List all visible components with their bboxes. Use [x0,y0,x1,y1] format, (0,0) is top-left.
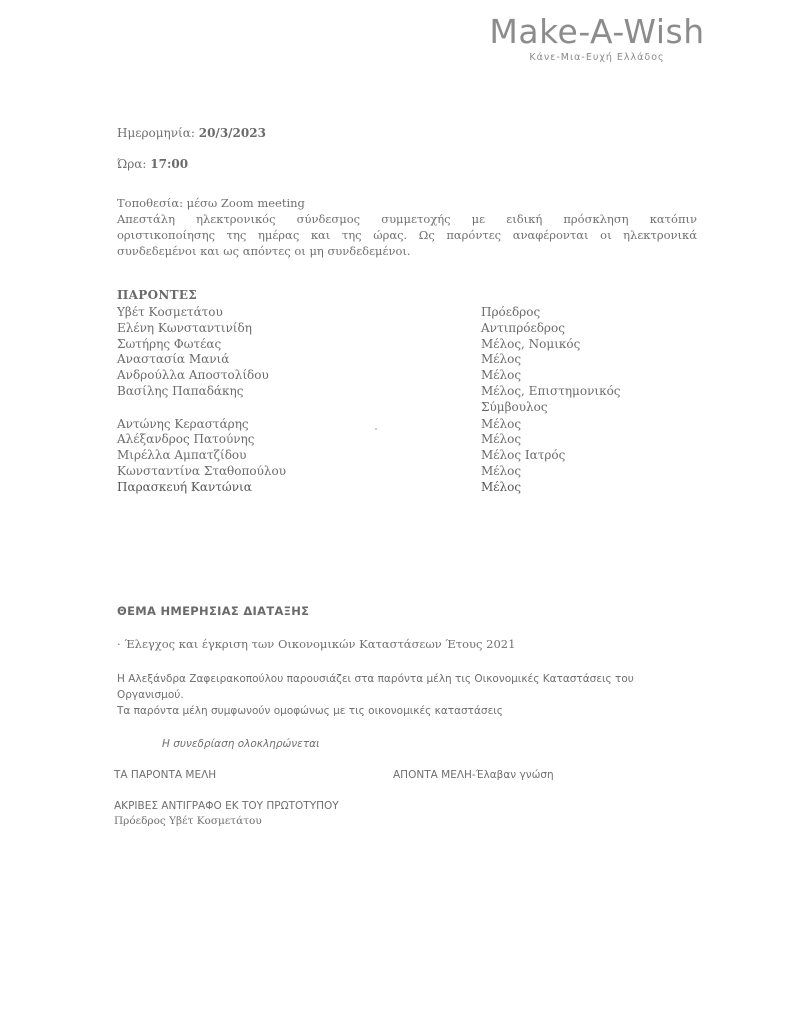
attendee-name: Ελένη Κωνσταντινίδη [117,320,252,336]
attendee-role: Μέλος [481,367,521,383]
description-line-3: συνδεδεμένοι και ως απόντες οι μη συνδεδ… [117,243,697,259]
signatory: Πρόεδρος Υβέτ Κοσμετάτου [114,813,262,829]
attendee-name: Αντώνης Κεραστάρης [117,416,249,432]
attendee-name: Παρασκευή Καντώνια [117,479,252,495]
agenda-item: · Έλεγχος και έγκριση των Οικονομικών Κα… [117,636,515,652]
attendee-role: Μέλος [481,431,521,447]
description-line-2: οριστικοποίησης της ημέρας και της ώρας.… [117,227,697,243]
attendee-role: Μέλος Ιατρός [481,447,565,463]
present-members-signature: ΤΑ ΠΑΡΟΝΤΑ ΜΕΛΗ [114,767,216,783]
date-value: 20/3/2023 [199,126,266,140]
description-line-1: Απεστάλη ηλεκτρονικός σύνδεσμος συμμετοχ… [117,211,697,227]
time-value: 17:00 [150,157,188,171]
attendee-role: Μέλος [481,416,521,432]
presentation-line-2: Οργανισμού. [117,687,634,703]
presentation-text: Η Αλεξάνδρα Ζαφειρακοπούλου παρουσιάζει … [117,671,634,719]
attendee-name: Σωτήρης Φωτέας [117,336,221,352]
closing-statement: Η συνεδρίαση ολοκληρώνεται [162,736,320,752]
attendee-role: Σύμβουλος [481,399,548,415]
attendee-role: Μέλος [481,351,521,367]
agenda-heading: ΘΕΜΑ ΗΜΕΡΗΣΙΑΣ ΔΙΑΤΑΞΗΣ [117,604,309,618]
logo-brand: Make-A-Wish [482,12,712,52]
scan-speck [375,428,377,430]
attendee-name: Υβέτ Κοσμετάτου [117,304,223,320]
agenda-item-text: Έλεγχος και έγκριση των Οικονομικών Κατα… [124,637,515,651]
attendee-name: Βασίλης Παπαδάκης [117,383,243,399]
agreement-line: Τα παρόντα μέλη συμφωνούν ομοφώνως με τι… [117,703,634,719]
meeting-date: Ημερομηνία: 20/3/2023 [117,126,266,140]
presentation-line-1: Η Αλεξάνδρα Ζαφειρακοπούλου παρουσιάζει … [117,671,634,687]
location-line: Τοποθεσία: μέσω Zoom meeting [117,195,697,211]
date-label: Ημερομηνία: [117,126,195,140]
attendee-name: Μιρέλλα Αμπατζίδου [117,447,246,463]
attendee-role: Μέλος, Νομικός [481,336,580,352]
attendee-role: Μέλος [481,479,521,495]
attendee-role: Μέλος [481,463,521,479]
make-a-wish-logo: Make-A-Wish Κάνε-Μια-Ευχή Ελλάδος [482,12,712,63]
attendee-role: Πρόεδρος [481,304,540,320]
time-label: Ώρα: [117,157,146,171]
meeting-description: Τοποθεσία: μέσω Zoom meeting Απεστάλη ηλ… [117,195,697,259]
attendees-heading: ΠΑΡΟΝΤΕΣ [117,288,197,302]
attendee-name: Ανδρούλλα Αποστολίδου [117,367,269,383]
absent-members-signature: ΑΠΟΝΤΑ ΜΕΛΗ-Έλαβαν γνώση [393,767,554,783]
attendee-name: Κωνσταντίνα Σταθοπούλου [117,463,286,479]
attendee-name: Αλέξανδρος Πατούνης [117,431,254,447]
certified-copy: ΑΚΡΙΒΕΣ ΑΝΤΙΓΡΑΦΟ ΕΚ ΤΟΥ ΠΡΩΤΟΤΥΠΟΥ [114,798,339,814]
meeting-time: Ώρα: 17:00 [117,157,188,171]
logo-subtitle: Κάνε-Μια-Ευχή Ελλάδος [482,52,712,63]
attendee-name: Αναστασία Μανιά [117,351,229,367]
attendee-role: Μέλος, Επιστημονικός [481,383,621,399]
attendee-role: Αντιπρόεδρος [481,320,565,336]
